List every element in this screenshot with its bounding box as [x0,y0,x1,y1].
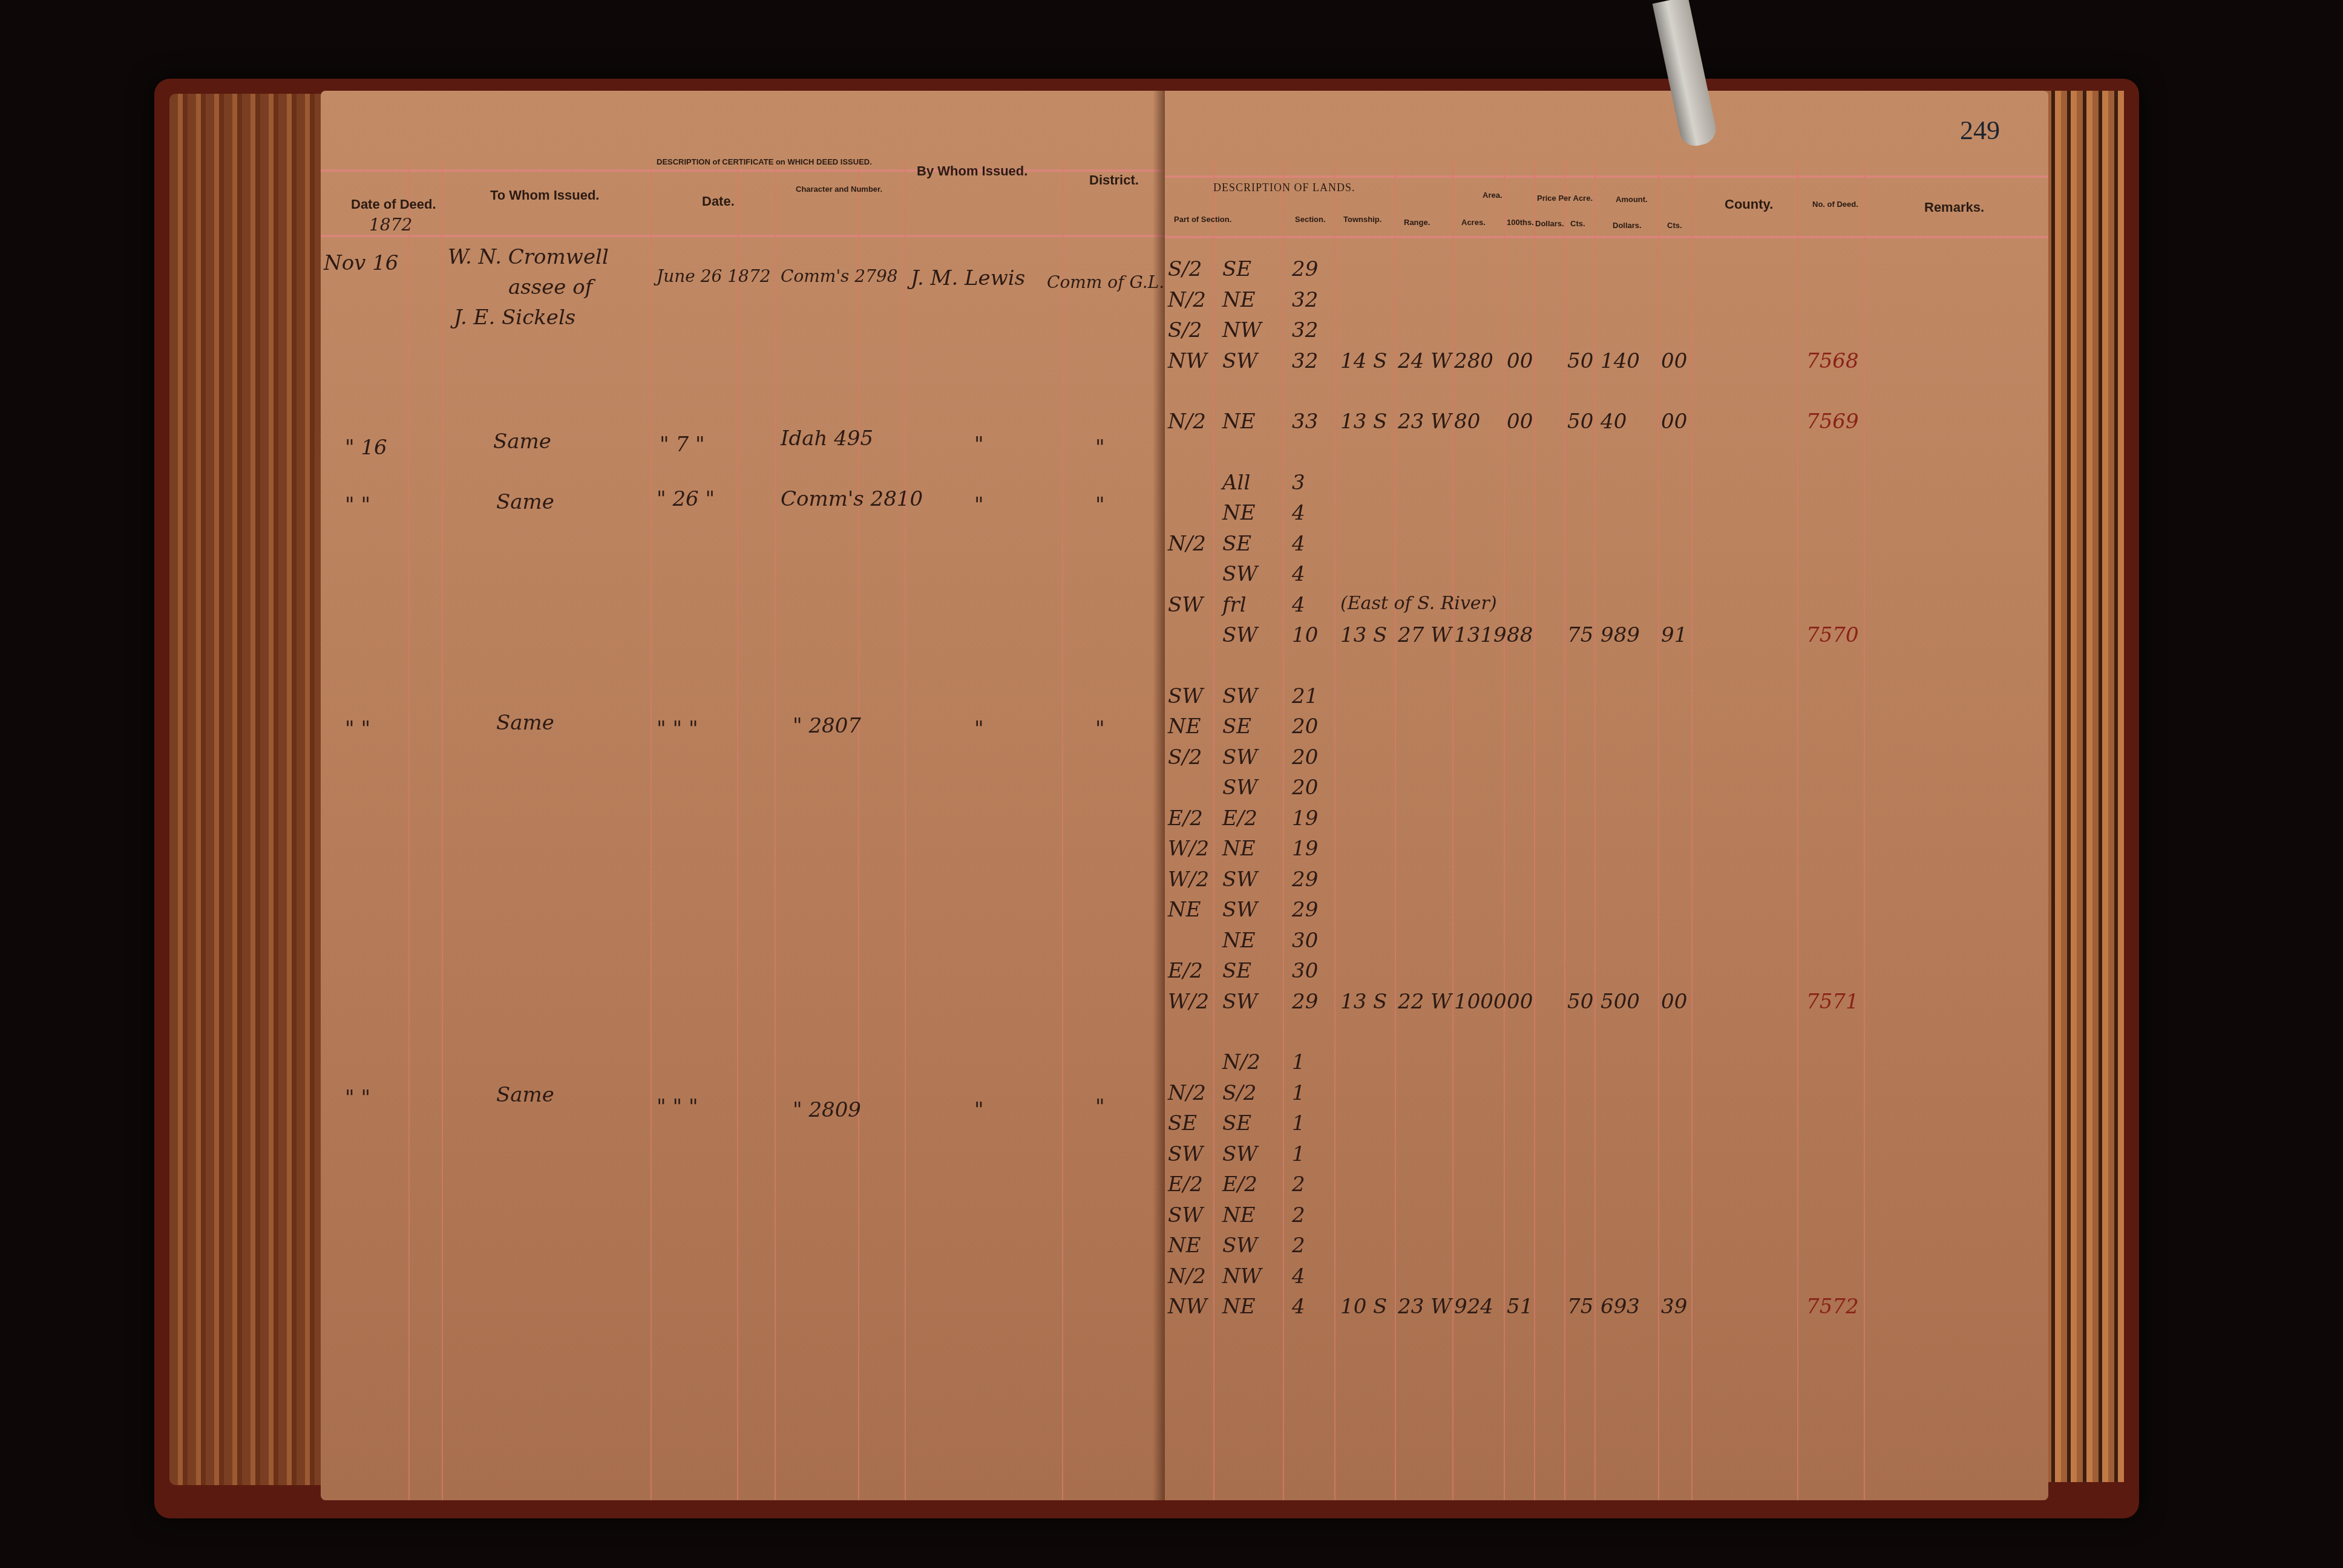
quarter-section: SE [1222,959,1251,983]
header-to-whom-issued: To Whom Issued. [490,188,599,203]
deed-date: " " [345,1086,370,1110]
quarter-section: NW [1222,318,1262,342]
part-of-section: N/2 [1168,288,1206,312]
header-acres: Acres. [1461,218,1486,227]
part-of-section: N/2 [1168,1081,1206,1105]
part-of-section: NW [1168,349,1207,373]
amount-cents: 91 [1661,623,1687,647]
header-cert-date: Date. [702,194,735,209]
cert-number: Idah 495 [781,426,873,451]
part-of-section: NE [1168,714,1201,739]
district: Comm of G.L. [1047,272,1164,292]
cert-date: " 7 " [660,433,705,457]
header-price-cents: Cts. [1570,219,1585,228]
amount-dollars: 140 [1601,349,1640,373]
header-certificate-group: DESCRIPTION of CERTIFICATE on WHICH DEED… [657,157,872,166]
acres-hundredths: 00 [1507,990,1533,1014]
quarter-section: SE [1222,1111,1251,1135]
right-page-edges [2045,91,2124,1482]
quarter-section: SW [1222,349,1257,373]
quarter-section: SE [1222,532,1251,556]
price-cents: 75 [1567,623,1593,647]
col-rule [408,160,410,1500]
acres: 280 [1454,349,1493,373]
issued-by: " [974,493,984,517]
col-rule [1452,160,1453,1500]
section-number: 1 [1292,1081,1305,1105]
part-of-section: W/2 [1168,867,1209,892]
quarter-section: SW [1222,898,1257,922]
acres-hundredths: 00 [1507,410,1533,434]
left-page-edges [169,94,321,1485]
part-of-section: N/2 [1168,410,1206,434]
price-cents: 50 [1567,990,1593,1014]
range: 22 W [1398,990,1452,1014]
deed-date: " 16 [345,436,387,460]
quarter-section: SW [1222,684,1257,708]
part-of-section: E/2 [1168,1172,1203,1197]
header-amount-dollars: Dollars. [1613,221,1642,230]
col-rule [1564,160,1565,1500]
quarter-section: NE [1222,929,1256,953]
header-price-per-acre: Price Per Acre. [1537,194,1593,203]
section-number: 29 [1292,898,1318,922]
part-of-section: SW [1168,593,1203,617]
quarter-section: SE [1222,257,1251,281]
grantee: Same [496,1083,554,1107]
acres-hundredths: 00 [1507,349,1533,373]
acres-hundredths: 51 [1507,1295,1533,1319]
grantee: W. N. Cromwell [448,245,609,269]
price-cents: 50 [1567,349,1593,373]
section-number: 2 [1292,1172,1305,1197]
section-number: 2 [1292,1203,1305,1227]
col-rule [650,160,652,1500]
part-of-section: E/2 [1168,959,1203,983]
cert-date: " " " [657,1095,698,1119]
col-rule [1534,160,1535,1500]
header-by-whom-issued: By Whom Issued. [917,163,1027,179]
issued-by: " [974,1098,984,1122]
deed-number: 7571 [1806,990,1859,1014]
acres: 80 [1454,410,1480,434]
quarter-section: All [1222,471,1250,495]
col-rule [1797,160,1798,1500]
district: " [1095,1095,1105,1119]
part-of-section: S/2 [1168,745,1202,769]
quarter-section: S/2 [1222,1081,1256,1105]
quarter-section: SW [1222,1233,1257,1258]
range: 27 W [1398,623,1452,647]
col-rule [775,160,776,1500]
issued-by: " [974,433,984,457]
part-of-section: NE [1168,1233,1201,1258]
range: 24 W [1398,349,1452,373]
township: 10 S [1340,1295,1387,1319]
part-of-section: N/2 [1168,1264,1206,1289]
header-amount-cents: Cts. [1667,221,1682,230]
section-number: 1 [1292,1050,1305,1074]
deed-date: " " [345,493,370,517]
section-number: 19 [1292,806,1318,831]
price-cents: 50 [1567,410,1593,434]
grantee: Same [496,490,554,514]
col-rule [737,160,738,1500]
deed-number: 7570 [1806,623,1859,647]
header-top-rule [1165,175,2048,178]
amount-dollars: 989 [1601,623,1640,647]
section-number: 32 [1292,318,1318,342]
section-number: 20 [1292,745,1318,769]
part-of-section: S/2 [1168,318,1202,342]
header-district: District. [1089,172,1139,188]
header-area: Area. [1483,191,1502,200]
section-number: 1 [1292,1142,1305,1166]
header-hundredths: 100ths. [1507,218,1534,227]
header-top-rule [321,169,1165,172]
col-rule [1283,160,1284,1500]
col-rule [1062,160,1063,1500]
col-rule [1658,160,1659,1500]
quarter-section: SW [1222,562,1257,586]
part-of-section: NE [1168,898,1201,922]
section-number: 1 [1292,1111,1305,1135]
district: " [1095,717,1105,741]
part-of-section: S/2 [1168,257,1202,281]
header-range: Range. [1404,218,1430,227]
issued-by: " [974,717,984,741]
cert-number: Comm's 2798 [781,266,898,286]
section-number: 4 [1292,562,1305,586]
section-number: 30 [1292,929,1318,953]
section-number: 3 [1292,471,1305,495]
section-number: 29 [1292,990,1318,1014]
quarter-section: SW [1222,990,1257,1014]
col-rule [1504,160,1505,1500]
section-number: 33 [1292,410,1318,434]
section-number: 2 [1292,1233,1305,1258]
township: 13 S [1340,410,1387,434]
header-section: Section. [1295,215,1326,224]
deed-number: 7569 [1806,410,1859,434]
part-of-section: SE [1168,1111,1197,1135]
col-rule [858,160,859,1500]
col-rule [442,160,443,1500]
quarter-section: NE [1222,410,1256,434]
cert-number: " 2809 [793,1098,861,1122]
grantee-line-2: assee of [508,275,592,299]
section-number: 32 [1292,349,1318,373]
section-number: 30 [1292,959,1318,983]
section-number: 4 [1292,501,1305,525]
grantee-line-3: J. E. Sickels [454,305,575,330]
issued-by: J. M. Lewis [911,266,1025,290]
district: " [1095,493,1105,517]
township: 13 S [1340,623,1387,647]
amount-dollars: 693 [1601,1295,1640,1319]
quarter-section: NE [1222,288,1256,312]
header-description-of-lands: DESCRIPTION OF LANDS. [1213,181,1355,194]
header-part-of-section: Part of Section. [1174,215,1231,224]
township: 14 S [1340,349,1387,373]
deed-date: Nov 16 [324,251,399,275]
amount-cents: 00 [1661,990,1687,1014]
range: 23 W [1398,1295,1452,1319]
quarter-section: SW [1222,776,1257,800]
price-cents: 75 [1567,1295,1593,1319]
section-number: 4 [1292,1295,1305,1319]
acres-hundredths: 88 [1507,623,1533,647]
header-date-of-deed: Date of Deed. [351,197,436,212]
deed-date: " " [345,717,370,741]
section-number: 29 [1292,257,1318,281]
year-annotation: 1872 [369,215,412,235]
quarter-section: E/2 [1222,806,1257,831]
township: 13 S [1340,990,1387,1014]
quarter-section: NW [1222,1264,1262,1289]
quarter-section: NE [1222,1203,1256,1227]
quarter-section: NE [1222,837,1256,861]
cert-number: Comm's 2810 [781,487,923,511]
col-rule [1864,160,1865,1500]
amount-cents: 00 [1661,410,1687,434]
header-bottom-rule [1165,236,2048,238]
header-cert-character-number: Character and Number. [796,185,882,194]
acres: 1319 [1454,623,1507,647]
deed-number: 7572 [1806,1295,1859,1319]
acres: 1000 [1454,990,1507,1014]
part-of-section: SW [1168,1142,1203,1166]
range: 23 W [1398,410,1452,434]
quarter-section: NE [1222,501,1256,525]
section-number: 4 [1292,1264,1305,1289]
header-bottom-rule [321,235,1165,237]
quarter-section: frl [1222,593,1247,617]
header-township: Township. [1343,215,1381,224]
left-page: Date of Deed. To Whom Issued. DESCRIPTIO… [321,91,1165,1500]
cert-number: " 2807 [793,714,861,738]
col-rule [1594,160,1596,1500]
section-number: 20 [1292,714,1318,739]
quarter-section: SW [1222,1142,1257,1166]
section-number: 32 [1292,288,1318,312]
cert-date: June 26 1872 [657,266,771,286]
quarter-section: SE [1222,714,1251,739]
section-number: 21 [1292,684,1318,708]
part-of-section: W/2 [1168,990,1209,1014]
grantee: Same [496,711,554,735]
header-amount: Amount. [1616,195,1648,204]
quarter-section: NE [1222,1295,1256,1319]
quarter-section: N/2 [1222,1050,1260,1074]
part-of-section: N/2 [1168,532,1206,556]
header-county: County. [1725,197,1773,212]
part-of-section: NW [1168,1295,1207,1319]
section-number: 4 [1292,593,1305,617]
right-page: 249 DESCRIPTION OF LANDS. Part of Sectio… [1165,91,2048,1500]
col-rule [1395,160,1396,1500]
part-of-section: W/2 [1168,837,1209,861]
header-no-of-deed: No. of Deed. [1812,200,1858,209]
col-rule [905,160,906,1500]
quarter-section: SW [1222,623,1257,647]
acres: 924 [1454,1295,1493,1319]
township: (East of S. River) [1340,593,1497,614]
deed-number: 7568 [1806,349,1859,373]
header-price-dollars: Dollars. [1535,219,1564,228]
amount-dollars: 500 [1601,990,1640,1014]
section-number: 4 [1292,532,1305,556]
amount-dollars: 40 [1601,410,1627,434]
district: " [1095,436,1105,460]
section-number: 20 [1292,776,1318,800]
col-rule [1213,160,1214,1500]
quarter-section: SW [1222,745,1257,769]
part-of-section: E/2 [1168,806,1203,831]
amount-cents: 00 [1661,349,1687,373]
col-rule [1334,160,1335,1500]
part-of-section: SW [1168,684,1203,708]
grantee: Same [493,430,551,454]
header-remarks: Remarks. [1924,200,1984,215]
section-number: 29 [1292,867,1318,892]
amount-cents: 39 [1661,1295,1687,1319]
cert-date: " " " [657,717,698,741]
section-number: 10 [1292,623,1318,647]
quarter-section: E/2 [1222,1172,1257,1197]
cert-date: " 26 " [657,487,715,511]
section-number: 19 [1292,837,1318,861]
part-of-section: SW [1168,1203,1203,1227]
page-number: 249 [1960,115,2000,146]
quarter-section: SW [1222,867,1257,892]
col-rule [1691,160,1693,1500]
